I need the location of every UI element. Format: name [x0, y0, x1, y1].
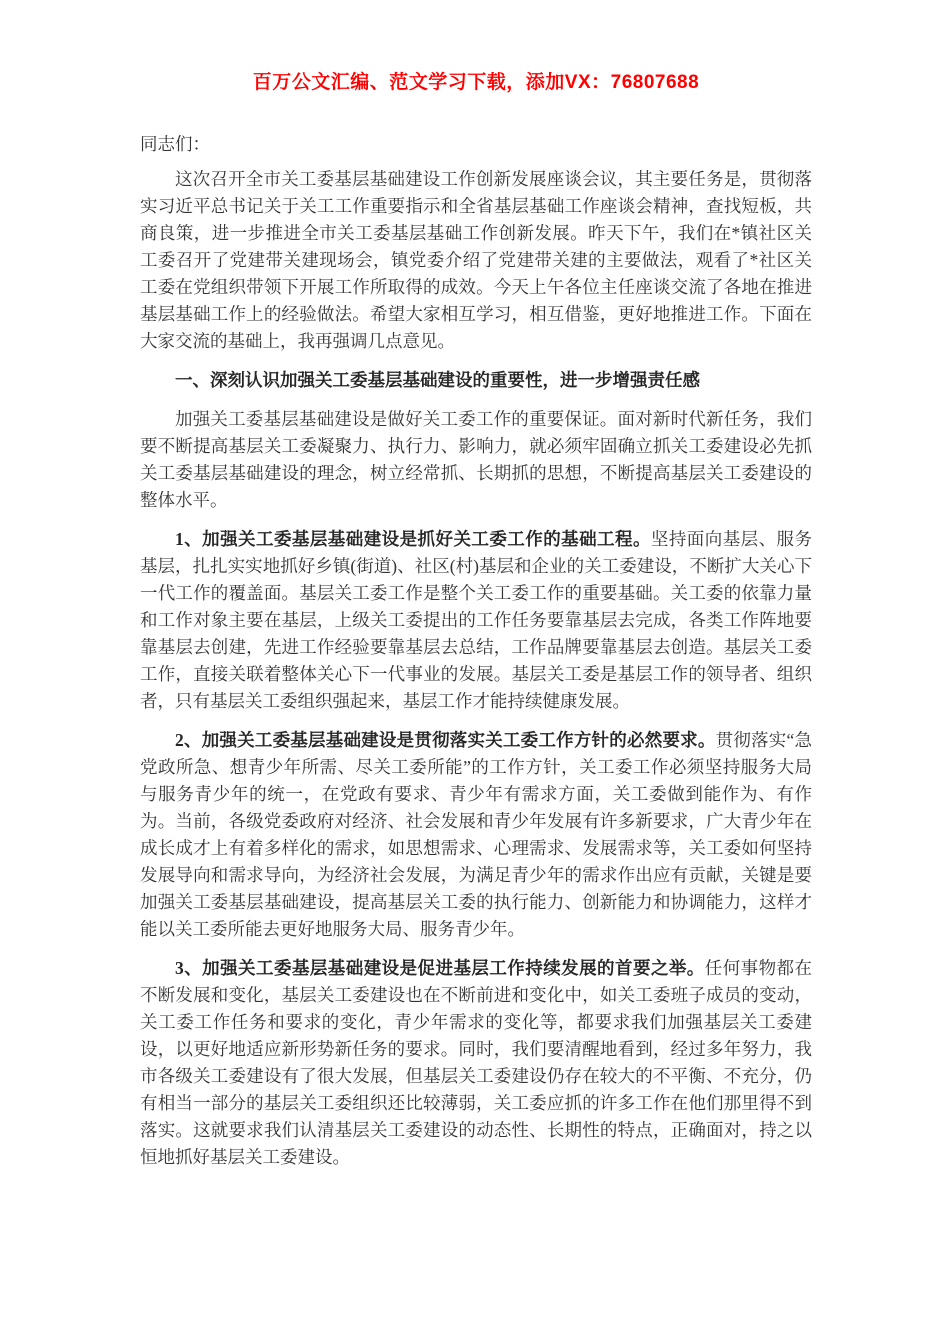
point3-lead: 3、加强关工委基层基础建设是促进基层工作持续发展的首要之举。 [175, 958, 705, 978]
point1-body: 坚持面向基层、服务基层，扎扎实实地抓好乡镇(街道)、社区(村)基层和企业的关工委… [140, 529, 812, 711]
point3-body: 任何事物都在不断发展和变化，基层关工委建设也在不断前进和变化中，如关工委班子成员… [140, 958, 812, 1167]
point2-body: 贯彻落实“急党政所急、想青少年所需、尽关工委所能”的工作方针，关工委工作必须坚持… [140, 730, 812, 939]
point2-paragraph: 2、加强关工委基层基础建设是贯彻落实关工委工作方针的必然要求。贯彻落实“急党政所… [140, 727, 812, 943]
salutation: 同志们： [140, 131, 812, 158]
point2-lead: 2、加强关工委基层基础建设是贯彻落实关工委工作方针的必然要求。 [175, 730, 716, 750]
section1-paragraph: 加强关工委基层基础建设是做好关工委工作的重要保证。面对新时代新任务，我们要不断提… [140, 406, 812, 514]
header-promo-text: 百万公文汇编、范文学习下载，添加VX：76807688 [140, 71, 812, 94]
point1-lead: 1、加强关工委基层基础建设是抓好关工委工作的基础工程。 [175, 529, 651, 549]
intro-paragraph: 这次召开全市关工委基层基础建设工作创新发展座谈会议，其主要任务是，贯彻落实习近平… [140, 166, 812, 355]
point1-paragraph: 1、加强关工委基层基础建设是抓好关工委工作的基础工程。坚持面向基层、服务基层，扎… [140, 526, 812, 715]
document-body: 同志们： 这次召开全市关工委基层基础建设工作创新发展座谈会议，其主要任务是，贯彻… [140, 131, 812, 1171]
point3-paragraph: 3、加强关工委基层基础建设是促进基层工作持续发展的首要之举。任何事物都在不断发展… [140, 955, 812, 1171]
section-heading-1: 一、深刻认识加强关工委基层基础建设的重要性，进一步增强责任感 [140, 367, 812, 394]
document-page: 百万公文汇编、范文学习下载，添加VX：76807688 同志们： 这次召开全市关… [0, 0, 950, 1344]
